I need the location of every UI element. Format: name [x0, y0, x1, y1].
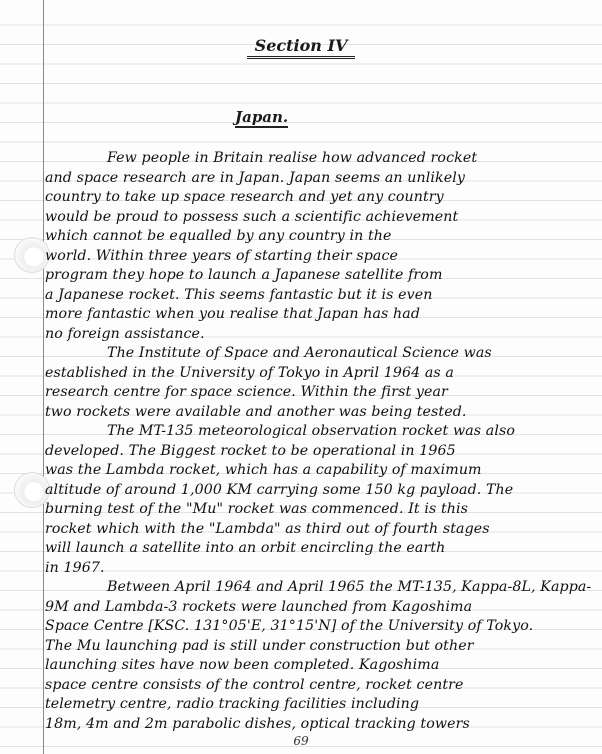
handwritten-body: Few people in Britain realise how advanc…	[45, 149, 594, 734]
page-number: 69	[0, 734, 602, 748]
text-line: which cannot be equalled by any country …	[45, 227, 594, 247]
text-line: a Japanese rocket. This seems fantastic …	[45, 286, 594, 306]
text-line: 9M and Lambda-3 rockets were launched fr…	[45, 598, 594, 618]
text-line: program they hope to launch a Japanese s…	[45, 266, 594, 286]
text-line: world. Within three years of starting th…	[45, 247, 594, 267]
text-line: in 1967.	[45, 559, 594, 579]
text-line: will launch a satellite into an orbit en…	[45, 539, 594, 559]
text-line: altitude of around 1,000 KM carrying som…	[45, 481, 594, 501]
text-line: telemetry centre, radio tracking facilit…	[45, 695, 594, 715]
text-line: rocket which with the "Lambda" as third …	[45, 520, 594, 540]
text-line: would be proud to possess such a scienti…	[45, 208, 594, 228]
margin-line	[43, 0, 44, 754]
text-line: space centre consists of the control cen…	[45, 676, 594, 696]
text-line: Space Centre [KSC. 131°05'E, 31°15'N] of…	[45, 617, 594, 637]
notebook-page: Section IV Japan. Few people in Britain …	[0, 0, 602, 754]
text-line: Few people in Britain realise how advanc…	[45, 149, 594, 169]
text-line: launching sites have now been completed.…	[45, 656, 594, 676]
text-line: burning test of the "Mu" rocket was comm…	[45, 500, 594, 520]
text-line: two rockets were available and another w…	[45, 403, 594, 423]
text-line: no foreign assistance.	[45, 325, 594, 345]
text-line: The Mu launching pad is still under cons…	[45, 637, 594, 657]
text-line: more fantastic when you realise that Jap…	[45, 305, 594, 325]
subheading: Japan.	[235, 108, 288, 126]
text-line: country to take up space research and ye…	[45, 188, 594, 208]
section-heading-text: Section IV	[247, 36, 356, 59]
text-line: research centre for space science. Withi…	[45, 383, 594, 403]
text-line: Between April 1964 and April 1965 the MT…	[45, 578, 594, 598]
section-heading: Section IV	[0, 36, 602, 55]
text-line: and space research are in Japan. Japan s…	[45, 169, 594, 189]
text-line: The MT-135 meteorological observation ro…	[45, 422, 594, 442]
text-line: 18m, 4m and 2m parabolic dishes, optical…	[45, 715, 594, 735]
subheading-text: Japan.	[235, 108, 288, 128]
text-line: developed. The Biggest rocket to be oper…	[45, 442, 594, 462]
text-line: was the Lambda rocket, which has a capab…	[45, 461, 594, 481]
text-line: The Institute of Space and Aeronautical …	[45, 344, 594, 364]
text-line: established in the University of Tokyo i…	[45, 364, 594, 384]
